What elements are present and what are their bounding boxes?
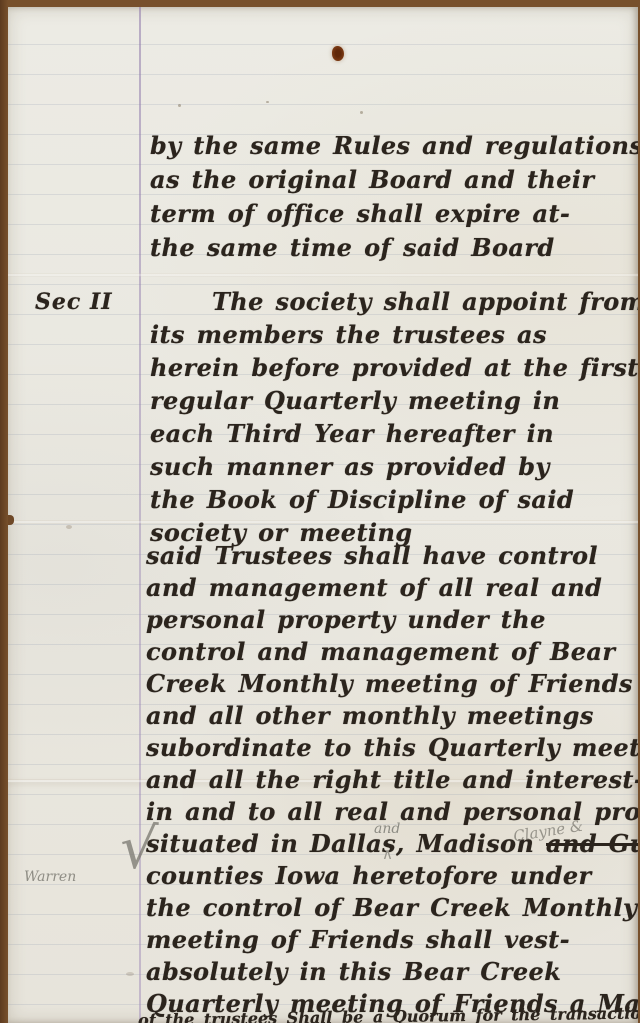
manuscript-line: meeting of Friends shall vest- bbox=[146, 924, 638, 956]
ink-text: the control of Bear Creek Monthly bbox=[146, 893, 637, 922]
ink-text: herein before provided at the first bbox=[150, 353, 638, 382]
ink-stain bbox=[332, 46, 344, 61]
pencil-insertion-and: and bbox=[374, 821, 400, 837]
paper-speck bbox=[178, 104, 181, 107]
ink-text: and management of all real and bbox=[146, 573, 602, 602]
manuscript-line: and all the right title and interest- bbox=[146, 764, 638, 796]
manuscript-line: the control of Bear Creek Monthly bbox=[146, 892, 638, 924]
ink-text: absolutely in this Bear Creek bbox=[146, 957, 561, 986]
ink-text: Creek Monthly meeting of Friends bbox=[146, 669, 633, 698]
ink-text: The society shall appoint from bbox=[212, 287, 638, 316]
manuscript-line: regular Quarterly meeting in bbox=[150, 384, 638, 417]
manuscript-line: said Trustees shall have control bbox=[146, 540, 638, 572]
ink-text: such manner as provided by bbox=[150, 452, 550, 481]
ink-text: its members the trustees as bbox=[150, 320, 547, 349]
manuscript-line: term of office shall expire at- bbox=[150, 197, 638, 231]
ink-text: and all the right title and interest- bbox=[146, 765, 638, 794]
ink-text: and all other monthly meetings bbox=[146, 701, 594, 730]
manuscript-line: herein before provided at the first bbox=[150, 351, 638, 384]
ink-text: as the original Board and their bbox=[150, 165, 594, 194]
ink-text: counties Iowa heretofore under bbox=[146, 861, 592, 890]
manuscript-line: personal property under the bbox=[146, 604, 638, 636]
ink-text: the same time of said Board bbox=[150, 233, 555, 262]
manuscript-line: as the original Board and their bbox=[150, 163, 638, 197]
manuscript-line: the Book of Discipline of said bbox=[150, 483, 638, 516]
manuscript-paragraph: The society shall appoint fromits member… bbox=[150, 285, 638, 549]
manuscript-line: by the same Rules and regulations bbox=[150, 129, 638, 163]
paper-speck bbox=[360, 111, 363, 114]
paper-speck bbox=[66, 525, 72, 529]
paper-speck bbox=[126, 972, 134, 976]
manuscript-line: the same time of said Board bbox=[150, 231, 638, 265]
paper-sheet: Sec II by the same Rules and regulations… bbox=[8, 7, 638, 1023]
ink-text: said Trustees shall have control bbox=[146, 541, 598, 570]
pencil-caret-icon: ∧ bbox=[382, 845, 393, 863]
manuscript-line: subordinate to this Quarterly meeting bbox=[146, 732, 638, 764]
paper-speck bbox=[266, 101, 269, 103]
edge-tear bbox=[8, 515, 14, 525]
manuscript-line: The society shall appoint from bbox=[150, 285, 638, 318]
ink-text: subordinate to this Quarterly meeting bbox=[146, 733, 638, 762]
manuscript-line: each Third Year hereafter in bbox=[150, 417, 638, 450]
manuscript-paragraph: said Trustees shall have controland mana… bbox=[146, 540, 638, 1020]
manuscript-line: control and management of Bear bbox=[146, 636, 638, 668]
fold-crease bbox=[8, 273, 638, 277]
manuscript-line: absolutely in this Bear Creek bbox=[146, 956, 638, 988]
manuscript-paragraph: by the same Rules and regulationsas the … bbox=[150, 129, 638, 265]
ink-text: personal property under the bbox=[146, 605, 546, 634]
manuscript-line: and all other monthly meetings bbox=[146, 700, 638, 732]
ink-text: term of office shall expire at- bbox=[150, 199, 570, 228]
ink-text: each Third Year hereafter in bbox=[150, 419, 554, 448]
ink-text: control and management of Bear bbox=[146, 637, 615, 666]
manuscript-line: such manner as provided by bbox=[150, 450, 638, 483]
manuscript-line: Creek Monthly meeting of Friends bbox=[146, 668, 638, 700]
manuscript-line: and management of all real and bbox=[146, 572, 638, 604]
margin-check-icon: √ bbox=[118, 818, 159, 878]
ink-text: meeting of Friends shall vest- bbox=[146, 925, 570, 954]
section-label: Sec II bbox=[35, 289, 113, 315]
manuscript-page: Sec II by the same Rules and regulations… bbox=[0, 0, 640, 1023]
ink-text: situated in Dallas, Madison bbox=[146, 829, 546, 858]
manuscript-line: its members the trustees as bbox=[150, 318, 638, 351]
ink-text: by the same Rules and regulations bbox=[150, 131, 638, 160]
margin-pencil-warren: Warren bbox=[24, 869, 76, 885]
manuscript-line: counties Iowa heretofore under bbox=[146, 860, 638, 892]
ink-text: the Book of Discipline of said bbox=[150, 485, 574, 514]
ink-text: regular Quarterly meeting in bbox=[150, 386, 560, 415]
